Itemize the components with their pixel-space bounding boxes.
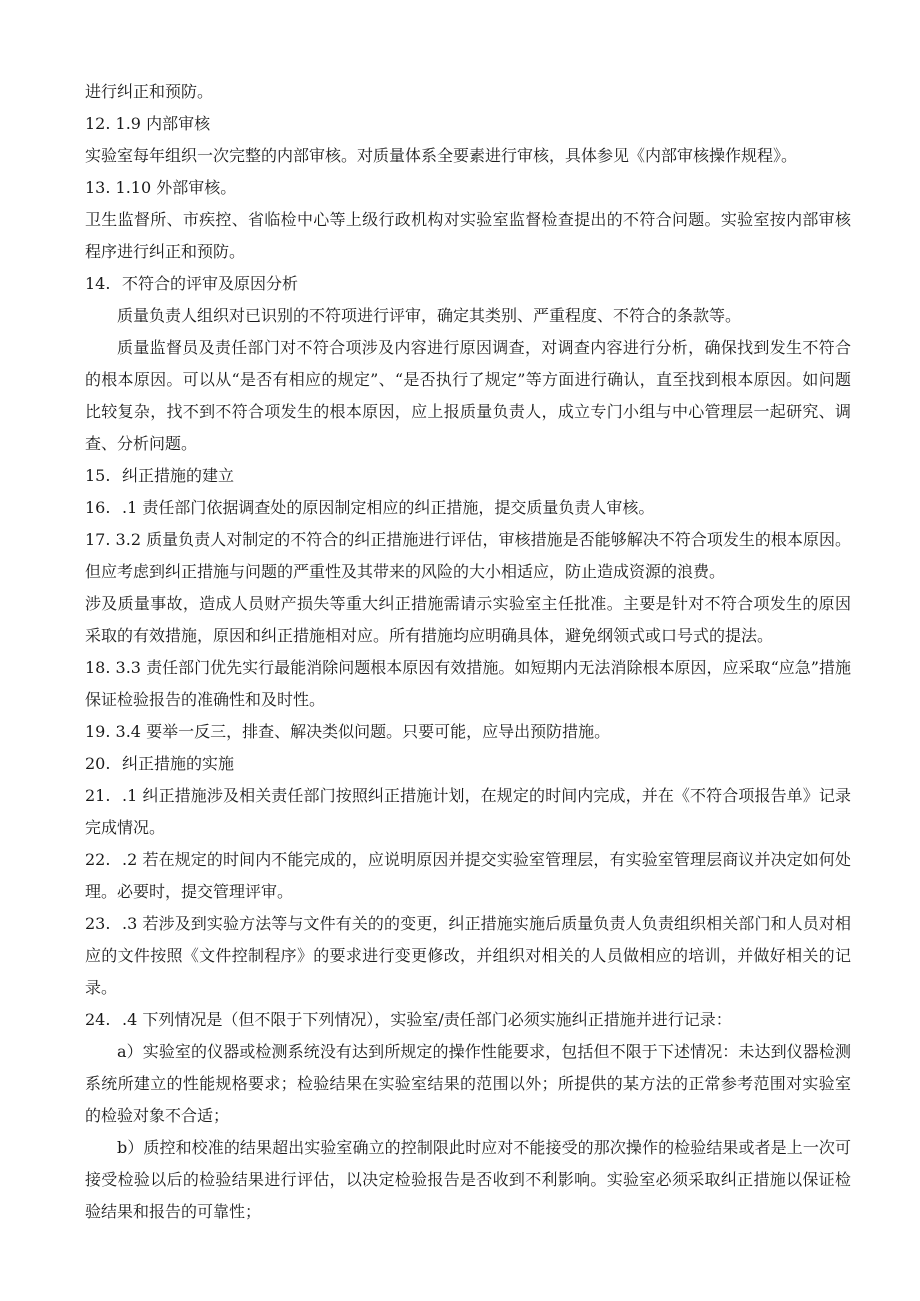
paragraph-text: 18. 3.3 责任部门优先实行最能消除问题根本原因有效措施。如短期内无法消除根… xyxy=(85,658,851,709)
paragraph: 涉及质量事故，造成人员财产损失等重大纠正措施需请示实验室主任批准。主要是针对不符… xyxy=(85,588,851,652)
paragraph-text: 纠正措施的建立 xyxy=(122,466,234,485)
paragraph-text: 进行纠正和预防。 xyxy=(85,82,213,101)
paragraph-text: a）实验室的仪器或检测系统没有达到所规定的操作性能要求，包括但不限于下述情况：未… xyxy=(85,1042,851,1125)
paragraph: 16..1 责任部门依据调查处的原因制定相应的纠正措施，提交质量负责人审核。 xyxy=(85,492,851,524)
paragraph: 14.不符合的评审及原因分析 xyxy=(85,268,851,300)
paragraph: 21..1 纠正措施涉及相关责任部门按照纠正措施计划，在规定的时间内完成，并在《… xyxy=(85,780,851,844)
paragraph: 12. 1.9 内部审核 xyxy=(85,108,851,140)
paragraph-text: b）质控和校准的结果超出实验室确立的控制限此时应对不能接受的那次操作的检验结果或… xyxy=(85,1138,851,1221)
paragraph-number: 14. xyxy=(85,268,122,300)
paragraph-text: .1 责任部门依据调查处的原因制定相应的纠正措施，提交质量负责人审核。 xyxy=(122,498,654,517)
paragraph: 进行纠正和预防。 xyxy=(85,76,851,108)
paragraph: a）实验室的仪器或检测系统没有达到所规定的操作性能要求，包括但不限于下述情况：未… xyxy=(85,1036,851,1132)
paragraph: 质量监督员及责任部门对不符合项涉及内容进行原因调查，对调查内容进行分析，确保找到… xyxy=(85,332,851,460)
paragraph: 20.纠正措施的实施 xyxy=(85,748,851,780)
paragraph-text: 不符合的评审及原因分析 xyxy=(122,274,298,293)
paragraph-text: 涉及质量事故，造成人员财产损失等重大纠正措施需请示实验室主任批准。主要是针对不符… xyxy=(85,594,851,645)
paragraph-text: .4 下列情况是（但不限于下列情况），实验室/责任部门必须实施纠正措施并进行记录… xyxy=(122,1010,732,1029)
paragraph-text: .3 若涉及到实验方法等与文件有关的的变更，纠正措施实施后质量负责人负责组织相关… xyxy=(85,914,851,997)
document-body: 进行纠正和预防。12. 1.9 内部审核实验室每年组织一次完整的内部审核。对质量… xyxy=(85,76,851,1228)
paragraph: b）质控和校准的结果超出实验室确立的控制限此时应对不能接受的那次操作的检验结果或… xyxy=(85,1132,851,1228)
paragraph-text: 质量监督员及责任部门对不符合项涉及内容进行原因调查，对调查内容进行分析，确保找到… xyxy=(85,338,851,453)
paragraph: 13. 1.10 外部审核。 xyxy=(85,172,851,204)
paragraph: 卫生监督所、市疾控、省临检中心等上级行政机构对实验室监督检查提出的不符合问题。实… xyxy=(85,204,851,268)
paragraph-number: 22. xyxy=(85,844,122,876)
paragraph-text: .1 纠正措施涉及相关责任部门按照纠正措施计划，在规定的时间内完成，并在《不符合… xyxy=(85,786,851,837)
paragraph-number: 24. xyxy=(85,1004,122,1036)
paragraph-number: 20. xyxy=(85,748,122,780)
paragraph-text: 13. 1.10 外部审核。 xyxy=(85,178,236,197)
paragraph: 质量负责人组织对已识别的不符项进行评审，确定其类别、严重程度、不符合的条款等。 xyxy=(85,300,851,332)
paragraph-text: .2 若在规定的时间内不能完成的，应说明原因并提交实验室管理层，有实验室管理层商… xyxy=(85,850,851,901)
paragraph-text: 质量负责人组织对已识别的不符项进行评审，确定其类别、严重程度、不符合的条款等。 xyxy=(117,306,741,325)
paragraph: 15.纠正措施的建立 xyxy=(85,460,851,492)
paragraph: 19. 3.4 要举一反三，排查、解决类似问题。只要可能，应导出预防措施。 xyxy=(85,716,851,748)
paragraph-text: 19. 3.4 要举一反三，排查、解决类似问题。只要可能，应导出预防措施。 xyxy=(85,722,610,741)
paragraph: 18. 3.3 责任部门优先实行最能消除问题根本原因有效措施。如短期内无法消除根… xyxy=(85,652,851,716)
paragraph: 22..2 若在规定的时间内不能完成的，应说明原因并提交实验室管理层，有实验室管… xyxy=(85,844,851,908)
paragraph: 实验室每年组织一次完整的内部审核。对质量体系全要素进行审核，具体参见《内部审核操… xyxy=(85,140,851,172)
document-page: 进行纠正和预防。12. 1.9 内部审核实验室每年组织一次完整的内部审核。对质量… xyxy=(0,0,920,1301)
paragraph-number: 23. xyxy=(85,908,122,940)
paragraph-number: 21. xyxy=(85,780,122,812)
paragraph: 23..3 若涉及到实验方法等与文件有关的的变更，纠正措施实施后质量负责人负责组… xyxy=(85,908,851,1004)
paragraph: 24..4 下列情况是（但不限于下列情况），实验室/责任部门必须实施纠正措施并进… xyxy=(85,1004,851,1036)
paragraph-number: 15. xyxy=(85,460,122,492)
paragraph-text: 12. 1.9 内部审核 xyxy=(85,114,210,133)
paragraph-text: 实验室每年组织一次完整的内部审核。对质量体系全要素进行审核，具体参见《内部审核操… xyxy=(85,146,797,165)
paragraph-text: 纠正措施的实施 xyxy=(122,754,234,773)
paragraph-text: 卫生监督所、市疾控、省临检中心等上级行政机构对实验室监督检查提出的不符合问题。实… xyxy=(85,210,851,261)
paragraph-text: 17. 3.2 质量负责人对制定的不符合的纠正措施进行评估，审核措施是否能够解决… xyxy=(85,530,851,581)
paragraph-number: 16. xyxy=(85,492,122,524)
paragraph: 17. 3.2 质量负责人对制定的不符合的纠正措施进行评估，审核措施是否能够解决… xyxy=(85,524,851,588)
